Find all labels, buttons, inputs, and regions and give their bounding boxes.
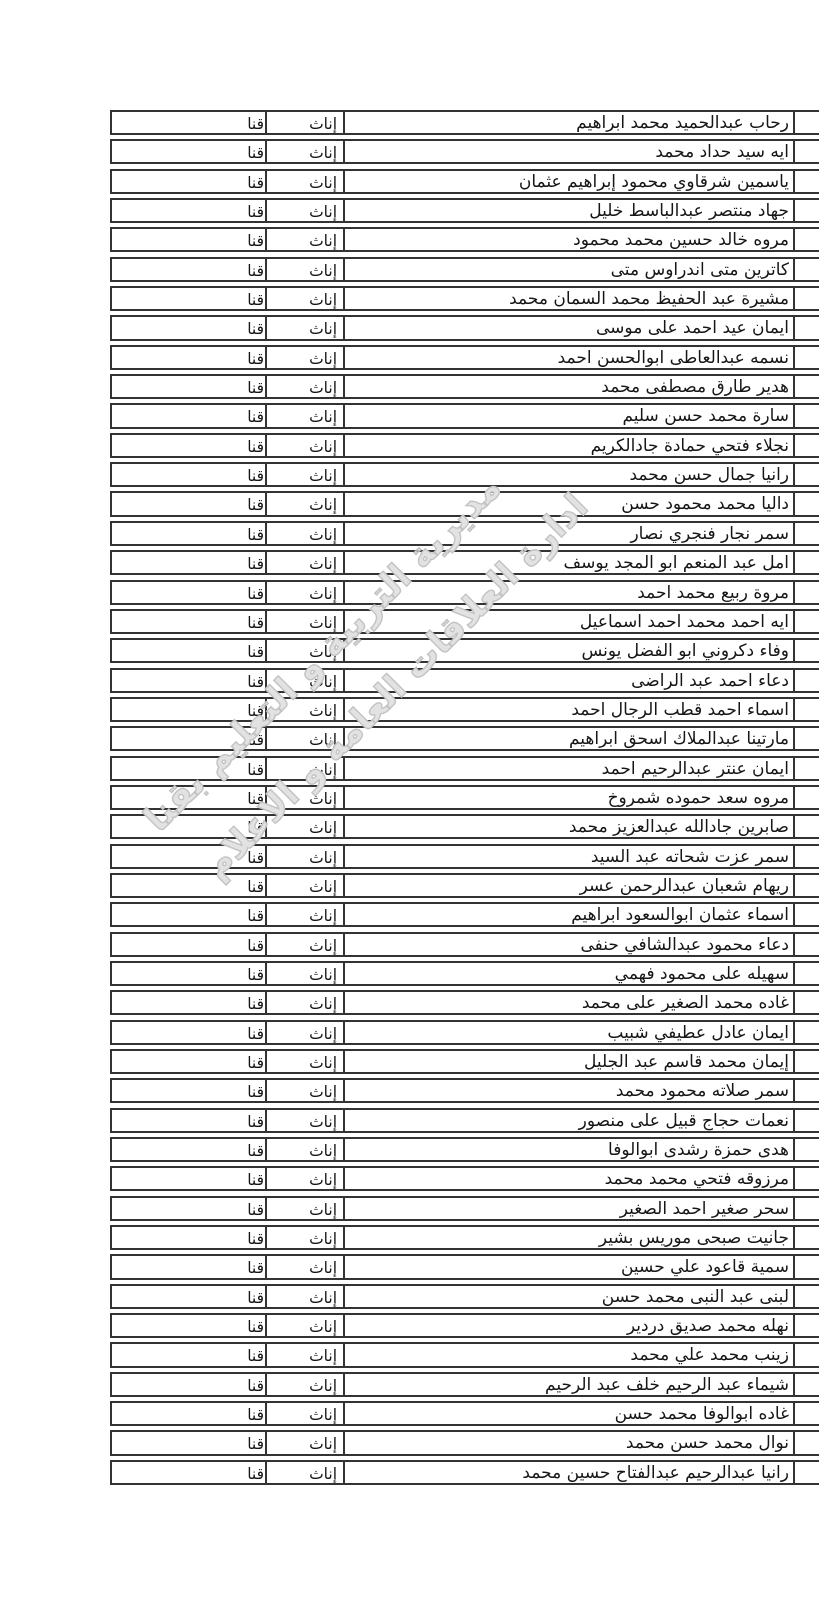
name-cell: ريهام شعبان عبدالرحمن عسر — [345, 875, 795, 896]
governorate-cell: قنا — [112, 288, 267, 309]
gender-cell: إناث — [267, 1462, 345, 1483]
serial-cell — [795, 493, 819, 514]
table-row: ايمان عادل عطيفي شبيب إناث قنا — [110, 1020, 819, 1045]
gender-cell: إناث — [267, 934, 345, 955]
serial-cell — [795, 523, 819, 544]
gender-cell: إناث — [267, 816, 345, 837]
name-cell: ايه سيد حداد محمد — [345, 141, 795, 162]
gender-cell: إناث — [267, 640, 345, 661]
gender-cell: إناث — [267, 405, 345, 426]
gender-cell: إناث — [267, 1432, 345, 1453]
gender-cell: إناث — [267, 493, 345, 514]
gender-cell: إناث — [267, 1315, 345, 1336]
table-row: هدير طارق مصطفى محمد إناث قنا — [110, 374, 819, 399]
serial-cell — [795, 640, 819, 661]
serial-cell — [795, 1080, 819, 1101]
serial-cell — [795, 1403, 819, 1424]
gender-cell: إناث — [267, 582, 345, 603]
gender-cell: إناث — [267, 904, 345, 925]
table-row: لبنى عبد النبى محمد حسن إناث قنا — [110, 1284, 819, 1309]
governorate-cell: قنا — [112, 1022, 267, 1043]
name-cell: شيماء عبد الرحيم خلف عبد الرحيم — [345, 1374, 795, 1395]
gender-cell: إناث — [267, 464, 345, 485]
names-table: رحاب عبدالحميد محمد ابراهيم إناث قنا ايه… — [110, 110, 819, 1489]
name-cell: سارة محمد حسن سليم — [345, 405, 795, 426]
name-cell: دعاء احمد عبد الراضى — [345, 670, 795, 691]
name-cell: سمر عزت شحاته عبد السيد — [345, 846, 795, 867]
table-row: إيمان محمد قاسم عبد الجليل إناث قنا — [110, 1049, 819, 1074]
governorate-cell: قنا — [112, 171, 267, 192]
table-row: مروه خالد حسين محمد محمود إناث قنا — [110, 227, 819, 252]
governorate-cell: قنا — [112, 259, 267, 280]
table-row: غاده محمد الصغير على محمد إناث قنا — [110, 990, 819, 1015]
governorate-cell: قنا — [112, 934, 267, 955]
governorate-cell: قنا — [112, 1286, 267, 1307]
gender-cell: إناث — [267, 347, 345, 368]
table-row: امل عبد المنعم ابو المجد يوسف إناث قنا — [110, 550, 819, 575]
serial-cell — [795, 582, 819, 603]
name-cell: دعاء محمود عبدالشافي حنفى — [345, 934, 795, 955]
gender-cell: إناث — [267, 1051, 345, 1072]
governorate-cell: قنا — [112, 552, 267, 573]
governorate-cell: قنا — [112, 758, 267, 779]
governorate-cell: قنا — [112, 229, 267, 250]
serial-cell — [795, 552, 819, 573]
gender-cell: إناث — [267, 787, 345, 808]
table-row: مرزوقه فتحي محمد محمد إناث قنا — [110, 1166, 819, 1191]
gender-cell: إناث — [267, 1110, 345, 1131]
serial-cell — [795, 405, 819, 426]
name-cell: نوال محمد حسن محمد — [345, 1432, 795, 1453]
governorate-cell: قنا — [112, 728, 267, 749]
table-row: رانيا عبدالرحيم عبدالفتاح حسين محمد إناث… — [110, 1460, 819, 1485]
table-row: مروه سعد حموده شمروخ إناث قنا — [110, 785, 819, 810]
table-row: جهاد منتصر عبدالباسط خليل إناث قنا — [110, 198, 819, 223]
serial-cell — [795, 288, 819, 309]
table-row: دعاء محمود عبدالشافي حنفى إناث قنا — [110, 932, 819, 957]
name-cell: سمية قاعود علي حسين — [345, 1256, 795, 1277]
table-row: ايمان عنتر عبدالرحيم احمد إناث قنا — [110, 756, 819, 781]
gender-cell: إناث — [267, 259, 345, 280]
gender-cell: إناث — [267, 435, 345, 456]
serial-cell — [795, 1110, 819, 1131]
scanned-document-page: رحاب عبدالحميد محمد ابراهيم إناث قنا ايه… — [0, 0, 819, 1600]
table-row: سارة محمد حسن سليم إناث قنا — [110, 403, 819, 428]
serial-cell — [795, 875, 819, 896]
name-cell: سمر صلاته محمود محمد — [345, 1080, 795, 1101]
name-cell: لبنى عبد النبى محمد حسن — [345, 1286, 795, 1307]
table-row: ايمان عيد احمد على موسى إناث قنا — [110, 315, 819, 340]
gender-cell: إناث — [267, 728, 345, 749]
name-cell: وفاء دكروني ابو الفضل يونس — [345, 640, 795, 661]
serial-cell — [795, 1256, 819, 1277]
name-cell: إيمان محمد قاسم عبد الجليل — [345, 1051, 795, 1072]
serial-cell — [795, 200, 819, 221]
table-row: نعمات حجاج قبيل على منصور إناث قنا — [110, 1108, 819, 1133]
serial-cell — [795, 1227, 819, 1248]
serial-cell — [795, 758, 819, 779]
name-cell: رحاب عبدالحميد محمد ابراهيم — [345, 112, 795, 133]
gender-cell: إناث — [267, 376, 345, 397]
governorate-cell: قنا — [112, 1198, 267, 1219]
gender-cell: إناث — [267, 552, 345, 573]
serial-cell — [795, 435, 819, 456]
governorate-cell: قنا — [112, 787, 267, 808]
governorate-cell: قنا — [112, 317, 267, 338]
table-row: ايه احمد محمد احمد اسماعيل إناث قنا — [110, 609, 819, 634]
table-row: ايه سيد حداد محمد إناث قنا — [110, 139, 819, 164]
governorate-cell: قنا — [112, 846, 267, 867]
name-cell: سهيله على محمود فهمي — [345, 963, 795, 984]
governorate-cell: قنا — [112, 699, 267, 720]
table-row: سحر صغير احمد الصغير إناث قنا — [110, 1196, 819, 1221]
name-cell: مروه سعد حموده شمروخ — [345, 787, 795, 808]
name-cell: ياسمين شرقاوي محمود إبراهيم عثمان — [345, 171, 795, 192]
governorate-cell: قنا — [112, 670, 267, 691]
name-cell: مروه خالد حسين محمد محمود — [345, 229, 795, 250]
governorate-cell: قنا — [112, 1462, 267, 1483]
name-cell: صابرين جادالله عبدالعزيز محمد — [345, 816, 795, 837]
name-cell: سحر صغير احمد الصغير — [345, 1198, 795, 1219]
governorate-cell: قنا — [112, 1432, 267, 1453]
gender-cell: إناث — [267, 846, 345, 867]
serial-cell — [795, 787, 819, 808]
serial-cell — [795, 347, 819, 368]
governorate-cell: قنا — [112, 611, 267, 632]
name-cell: امل عبد المنعم ابو المجد يوسف — [345, 552, 795, 573]
serial-cell — [795, 141, 819, 162]
name-cell: جهاد منتصر عبدالباسط خليل — [345, 200, 795, 221]
table-row: وفاء دكروني ابو الفضل يونس إناث قنا — [110, 638, 819, 663]
governorate-cell: قنا — [112, 347, 267, 368]
table-row: سمية قاعود علي حسين إناث قنا — [110, 1254, 819, 1279]
name-cell: نعمات حجاج قبيل على منصور — [345, 1110, 795, 1131]
serial-cell — [795, 904, 819, 925]
gender-cell: إناث — [267, 1022, 345, 1043]
table-row: اسماء عثمان ابوالسعود ابراهيم إناث قنا — [110, 902, 819, 927]
gender-cell: إناث — [267, 1286, 345, 1307]
serial-cell — [795, 816, 819, 837]
name-cell: ايمان عادل عطيفي شبيب — [345, 1022, 795, 1043]
serial-cell — [795, 846, 819, 867]
governorate-cell: قنا — [112, 1110, 267, 1131]
governorate-cell: قنا — [112, 376, 267, 397]
serial-cell — [795, 1286, 819, 1307]
gender-cell: إناث — [267, 288, 345, 309]
governorate-cell: قنا — [112, 141, 267, 162]
gender-cell: إناث — [267, 699, 345, 720]
governorate-cell: قنا — [112, 816, 267, 837]
governorate-cell: قنا — [112, 640, 267, 661]
gender-cell: إناث — [267, 229, 345, 250]
name-cell: رانيا جمال حسن محمد — [345, 464, 795, 485]
governorate-cell: قنا — [112, 1080, 267, 1101]
serial-cell — [795, 376, 819, 397]
serial-cell — [795, 1168, 819, 1189]
serial-cell — [795, 992, 819, 1013]
name-cell: مروة ربيع محمد احمد — [345, 582, 795, 603]
table-row: سمر صلاته محمود محمد إناث قنا — [110, 1078, 819, 1103]
gender-cell: إناث — [267, 875, 345, 896]
serial-cell — [795, 1022, 819, 1043]
table-row: مشيرة عبد الحفيظ محمد السمان محمد إناث ق… — [110, 286, 819, 311]
name-cell: هدى حمزة رشدى ابوالوفا — [345, 1139, 795, 1160]
table-row: سهيله على محمود فهمي إناث قنا — [110, 961, 819, 986]
gender-cell: إناث — [267, 1374, 345, 1395]
gender-cell: إناث — [267, 112, 345, 133]
table-row: نهله محمد صديق دردير إناث قنا — [110, 1313, 819, 1338]
gender-cell: إناث — [267, 758, 345, 779]
gender-cell: إناث — [267, 1198, 345, 1219]
name-cell: سمر نجار فنجري نصار — [345, 523, 795, 544]
table-row: داليا محمد محمود حسن إناث قنا — [110, 491, 819, 516]
table-row: مروة ربيع محمد احمد إناث قنا — [110, 580, 819, 605]
serial-cell — [795, 464, 819, 485]
table-row: نجلاء فتحي حمادة جادالكريم إناث قنا — [110, 433, 819, 458]
gender-cell: إناث — [267, 1168, 345, 1189]
gender-cell: إناث — [267, 611, 345, 632]
gender-cell: إناث — [267, 1227, 345, 1248]
table-row: ياسمين شرقاوي محمود إبراهيم عثمان إناث ق… — [110, 169, 819, 194]
name-cell: جانيت صبحى موريس بشير — [345, 1227, 795, 1248]
serial-cell — [795, 1432, 819, 1453]
table-row: سمر عزت شحاته عبد السيد إناث قنا — [110, 844, 819, 869]
governorate-cell: قنا — [112, 493, 267, 514]
serial-cell — [795, 728, 819, 749]
governorate-cell: قنا — [112, 1051, 267, 1072]
name-cell: غاده ابوالوفا محمد حسن — [345, 1403, 795, 1424]
table-row: جانيت صبحى موريس بشير إناث قنا — [110, 1225, 819, 1250]
serial-cell — [795, 1315, 819, 1336]
serial-cell — [795, 1051, 819, 1072]
governorate-cell: قنا — [112, 582, 267, 603]
table-row: زينب محمد علي محمد إناث قنا — [110, 1342, 819, 1367]
name-cell: مارتينا عبدالملاك اسحق ابراهيم — [345, 728, 795, 749]
governorate-cell: قنا — [112, 435, 267, 456]
serial-cell — [795, 112, 819, 133]
name-cell: كاترين متى اندراوس متى — [345, 259, 795, 280]
governorate-cell: قنا — [112, 1227, 267, 1248]
table-row: هدى حمزة رشدى ابوالوفا إناث قنا — [110, 1137, 819, 1162]
governorate-cell: قنا — [112, 904, 267, 925]
table-row: سمر نجار فنجري نصار إناث قنا — [110, 521, 819, 546]
governorate-cell: قنا — [112, 1168, 267, 1189]
table-row: اسماء احمد قطب الرجال احمد إناث قنا — [110, 697, 819, 722]
gender-cell: إناث — [267, 963, 345, 984]
serial-cell — [795, 1462, 819, 1483]
table-row: ريهام شعبان عبدالرحمن عسر إناث قنا — [110, 873, 819, 898]
table-row: شيماء عبد الرحيم خلف عبد الرحيم إناث قنا — [110, 1372, 819, 1397]
name-cell: نسمه عبدالعاطى ابوالحسن احمد — [345, 347, 795, 368]
governorate-cell: قنا — [112, 1403, 267, 1424]
table-row: دعاء احمد عبد الراضى إناث قنا — [110, 668, 819, 693]
gender-cell: إناث — [267, 670, 345, 691]
serial-cell — [795, 699, 819, 720]
name-cell: نجلاء فتحي حمادة جادالكريم — [345, 435, 795, 456]
table-row: غاده ابوالوفا محمد حسن إناث قنا — [110, 1401, 819, 1426]
governorate-cell: قنا — [112, 200, 267, 221]
gender-cell: إناث — [267, 992, 345, 1013]
name-cell: ايمان عنتر عبدالرحيم احمد — [345, 758, 795, 779]
serial-cell — [795, 229, 819, 250]
governorate-cell: قنا — [112, 1139, 267, 1160]
table-row: نسمه عبدالعاطى ابوالحسن احمد إناث قنا — [110, 345, 819, 370]
name-cell: اسماء احمد قطب الرجال احمد — [345, 699, 795, 720]
gender-cell: إناث — [267, 171, 345, 192]
table-row: نوال محمد حسن محمد إناث قنا — [110, 1430, 819, 1455]
table-row: رانيا جمال حسن محمد إناث قنا — [110, 462, 819, 487]
name-cell: رانيا عبدالرحيم عبدالفتاح حسين محمد — [345, 1462, 795, 1483]
serial-cell — [795, 317, 819, 338]
table-row: كاترين متى اندراوس متى إناث قنا — [110, 257, 819, 282]
serial-cell — [795, 259, 819, 280]
name-cell: مشيرة عبد الحفيظ محمد السمان محمد — [345, 288, 795, 309]
table-row: مارتينا عبدالملاك اسحق ابراهيم إناث قنا — [110, 726, 819, 751]
governorate-cell: قنا — [112, 875, 267, 896]
serial-cell — [795, 1374, 819, 1395]
name-cell: هدير طارق مصطفى محمد — [345, 376, 795, 397]
gender-cell: إناث — [267, 1256, 345, 1277]
serial-cell — [795, 670, 819, 691]
serial-cell — [795, 1198, 819, 1219]
gender-cell: إناث — [267, 141, 345, 162]
governorate-cell: قنا — [112, 112, 267, 133]
gender-cell: إناث — [267, 1139, 345, 1160]
name-cell: غاده محمد الصغير على محمد — [345, 992, 795, 1013]
serial-cell — [795, 611, 819, 632]
serial-cell — [795, 1344, 819, 1365]
name-cell: مرزوقه فتحي محمد محمد — [345, 1168, 795, 1189]
gender-cell: إناث — [267, 523, 345, 544]
name-cell: داليا محمد محمود حسن — [345, 493, 795, 514]
governorate-cell: قنا — [112, 405, 267, 426]
name-cell: اسماء عثمان ابوالسعود ابراهيم — [345, 904, 795, 925]
name-cell: ايمان عيد احمد على موسى — [345, 317, 795, 338]
serial-cell — [795, 171, 819, 192]
name-cell: ايه احمد محمد احمد اسماعيل — [345, 611, 795, 632]
table-row: صابرين جادالله عبدالعزيز محمد إناث قنا — [110, 814, 819, 839]
gender-cell: إناث — [267, 1403, 345, 1424]
governorate-cell: قنا — [112, 523, 267, 544]
name-cell: نهله محمد صديق دردير — [345, 1315, 795, 1336]
serial-cell — [795, 1139, 819, 1160]
gender-cell: إناث — [267, 317, 345, 338]
governorate-cell: قنا — [112, 1315, 267, 1336]
governorate-cell: قنا — [112, 464, 267, 485]
governorate-cell: قنا — [112, 1374, 267, 1395]
governorate-cell: قنا — [112, 1256, 267, 1277]
table-row: رحاب عبدالحميد محمد ابراهيم إناث قنا — [110, 110, 819, 135]
governorate-cell: قنا — [112, 1344, 267, 1365]
serial-cell — [795, 934, 819, 955]
gender-cell: إناث — [267, 200, 345, 221]
governorate-cell: قنا — [112, 963, 267, 984]
governorate-cell: قنا — [112, 992, 267, 1013]
gender-cell: إناث — [267, 1080, 345, 1101]
gender-cell: إناث — [267, 1344, 345, 1365]
serial-cell — [795, 963, 819, 984]
name-cell: زينب محمد علي محمد — [345, 1344, 795, 1365]
